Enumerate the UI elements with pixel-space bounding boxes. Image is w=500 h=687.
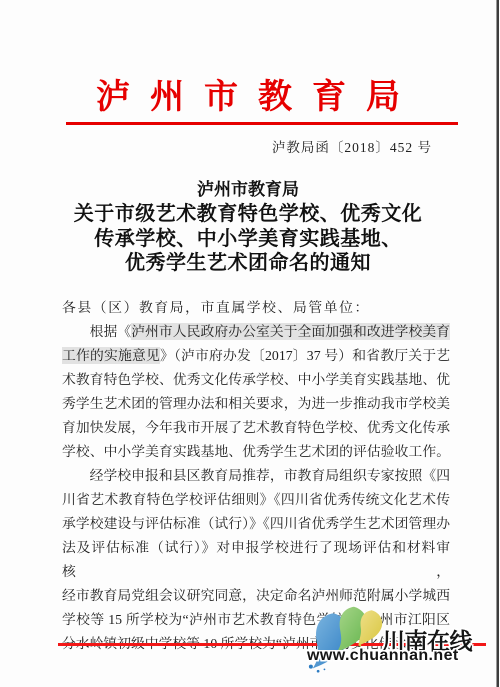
- body-line: 经学校申报和县区教育局推荐，市教育局组织专家按照《四: [62, 464, 450, 488]
- body-line: 根据《泸州市人民政府办公室关于全面加强和改进学校美育: [62, 320, 450, 344]
- body-segment: 根据《: [90, 324, 132, 339]
- body-line: 育加快发展，今年我市开展了艺术教育特色学校、优秀文化传承: [62, 416, 450, 440]
- letterhead-rule: [66, 122, 458, 125]
- body-segment: 承学校建设与评估标准（试行）》《四川省优秀学生艺术团管理办: [62, 516, 450, 531]
- title-line-3: 传承学校、中小学美育实践基地、: [0, 227, 496, 252]
- body-line: 川省艺术教育特色学校评估细则》《四川省优秀传统文化艺术传: [62, 488, 450, 512]
- notice-title: 泸州市教育局 关于市级艺术教育特色学校、优秀文化 传承学校、中小学美育实践基地、…: [0, 177, 496, 276]
- body-line: 承学校建设与评估标准（试行）》《四川省优秀学生艺术团管理办: [62, 512, 450, 536]
- body-line: 各县（区）教育局，市直属学校、局管单位：: [62, 296, 450, 320]
- body-line: 学校、中小学美育实践基地、优秀学生艺术团的评估验收工作。: [62, 440, 450, 464]
- body-segment: 术教育特色学校、优秀文化传承学校、中小学美育实践基地、优: [62, 372, 450, 387]
- body-line: 法及评估标准（试行）》对申报学校进行了现场评估和材料审核，: [62, 536, 450, 584]
- title-line-2: 关于市级艺术教育特色学校、优秀文化: [0, 202, 496, 227]
- title-line-1: 泸州市教育局: [0, 177, 496, 202]
- body-segment: 经市教育局党组会议研究同意，决定命名泸州师范附属小学城西: [62, 588, 450, 603]
- body-line: 秀学生艺术团的管理办法和相关要求，为进一步推动我市学校美: [62, 392, 450, 416]
- body-line: 工作的实施意见》（泸市府办发〔2017〕37 号）和省教厅关于艺: [62, 344, 450, 368]
- body-segment: 》（泸市府办发〔2017〕37 号）和省教厅关于艺: [160, 348, 450, 363]
- site-watermark-logo: 川南在线 www.chuannan.net: [306, 606, 476, 676]
- body-text: 各县（区）教育局，市直属学校、局管单位：根据《泸州市人民政府办公室关于全面加强和…: [62, 296, 450, 656]
- body-segment: 育加快发展，今年我市开展了艺术教育特色学校、优秀文化传承: [62, 420, 450, 435]
- document-page: 泸州市教育局 泸教局函〔2018〕452 号 泸州市教育局 关于市级艺术教育特色…: [0, 0, 500, 687]
- body-line: 经市教育局党组会议研究同意，决定命名泸州师范附属小学城西: [62, 584, 450, 608]
- body-segment: 学校、中小学美育实践基地、优秀学生艺术团的评估验收工作。: [62, 444, 450, 459]
- logo-site-url: www.chuannan.net: [307, 647, 459, 665]
- body-segment: 秀学生艺术团的管理办法和相关要求，为进一步推动我市学校美: [62, 396, 450, 411]
- body-segment: 法及评估标准（试行）》对申报学校进行了现场评估和材料审核，: [62, 540, 450, 579]
- title-line-4: 优秀学生艺术团命名的通知: [0, 251, 496, 276]
- doc-number: 泸教局函〔2018〕452 号: [272, 136, 432, 156]
- body-segment: 各县（区）教育局，市直属学校、局管单位：: [62, 300, 370, 315]
- highlighted-text: 工作的实施意见: [62, 347, 160, 364]
- scan-edge-line: [496, 0, 499, 687]
- body-segment: 川省艺术教育特色学校评估细则》《四川省优秀传统文化艺术传: [62, 492, 450, 507]
- highlighted-text: 泸州市人民政府办公室关于全面加强和改进学校美育: [131, 323, 450, 340]
- agency-name: 泸州市教育局: [0, 80, 496, 116]
- body-segment: 经学校申报和县区教育局推荐，市教育局组织专家按照《四: [90, 468, 450, 483]
- body-line: 术教育特色学校、优秀文化传承学校、中小学美育实践基地、优: [62, 368, 450, 392]
